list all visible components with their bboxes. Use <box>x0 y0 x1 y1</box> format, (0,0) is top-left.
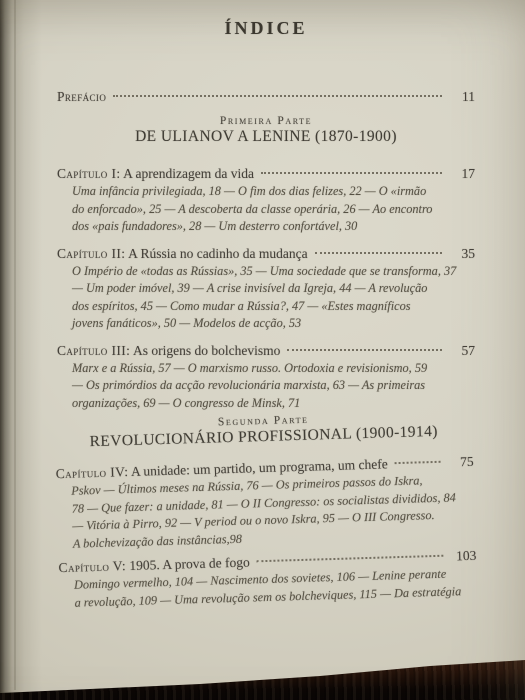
toc-title: ÍNDICE <box>57 18 475 39</box>
dot-leader <box>113 95 442 97</box>
page-number: 11 <box>449 88 475 106</box>
page-number: 35 <box>449 245 475 263</box>
chapter-2-title: A Rússia no cadinho da mudança <box>128 246 308 261</box>
book-photo: ÍNDICE Prefácio 11 Primeira Parte DE ULI… <box>0 0 525 700</box>
chapter-4-subentries: Pskov — Últimos meses na Rússia, 76 — Os… <box>71 471 476 553</box>
chapter-1-heading: Capítulo I: A aprendizagem da vida <box>57 165 254 183</box>
chapter-2-entry: Capítulo II: A Rússia no cadinho da muda… <box>57 245 475 263</box>
page-crease-line <box>14 0 16 690</box>
subentry-line: — Os primórdios da acção revolucionária … <box>72 377 475 395</box>
page-number: 17 <box>449 165 475 183</box>
dot-leader <box>315 252 442 254</box>
chapter-3-entry: Capítulo III: As origens do bolchevismo … <box>57 342 475 360</box>
subentry-line: jovens fanáticos», 50 — Modelos de acção… <box>72 315 475 333</box>
dot-leader <box>257 555 444 563</box>
chapter-1-label: Capítulo I: <box>57 166 121 181</box>
subentry-line: organizações, 69 — O congresso de Minsk,… <box>72 395 475 413</box>
part2-heading: Segunda Parte REVOLUCIONÁRIO PROFISSIONA… <box>54 409 473 452</box>
toc-section-part1: Primeira Parte DE ULIANOV A LENINE (1870… <box>57 115 475 412</box>
subentry-line: Uma infância privilegiada, 18 — O fim do… <box>72 183 475 201</box>
subentry-line: dos «pais fundadores», 28 — Um desterro … <box>72 218 475 236</box>
chapter-3-subentries: Marx e a Rússia, 57 — O marxismo russo. … <box>72 360 475 413</box>
part1-kicker: Primeira Parte <box>57 115 475 128</box>
subentry-line: Marx e a Rússia, 57 — O marxismo russo. … <box>72 360 475 378</box>
preface-label: Prefácio <box>57 88 106 106</box>
subentry-line: dos espíritos, 45 — Como mudar a Rússia?… <box>72 298 475 316</box>
subentry-line: — Um poder imóvel, 39 — A crise invisíve… <box>72 280 475 298</box>
table-of-contents: ÍNDICE Prefácio 11 Primeira Parte DE ULI… <box>57 18 475 611</box>
chapter-3-heading: Capítulo III: As origens do bolchevismo <box>57 342 280 360</box>
chapter-3-title: As origens do bolchevismo <box>133 343 280 358</box>
book-page: ÍNDICE Prefácio 11 Primeira Parte DE ULI… <box>0 0 525 700</box>
toc-section-part2: Segunda Parte REVOLUCIONÁRIO PROFISSIONA… <box>54 409 477 612</box>
dot-leader <box>287 349 442 351</box>
part1-heading: Primeira Parte DE ULIANOV A LENINE (1870… <box>57 115 475 146</box>
chapter-5-label: Capítulo V: <box>58 558 126 575</box>
subentry-line: do enforcado», 25 — A descoberta da clas… <box>72 201 475 219</box>
preface-entry: Prefácio 11 <box>57 88 475 106</box>
binding-shadow <box>0 0 42 700</box>
chapter-2-subentries: O Império de «todas as Rússias», 35 — Um… <box>72 263 475 333</box>
part1-title: DE ULIANOV A LENINE (1870-1900) <box>57 128 475 146</box>
page-number: 57 <box>449 342 475 360</box>
page-number: 103 <box>450 547 477 566</box>
chapter-2-label: Capítulo II: <box>57 246 125 261</box>
page-number: 75 <box>447 453 474 472</box>
chapter-3-label: Capítulo III: <box>57 343 130 358</box>
chapter-2-heading: Capítulo II: A Rússia no cadinho da muda… <box>57 245 308 263</box>
chapter-1-subentries: Uma infância privilegiada, 18 — O fim do… <box>72 183 475 236</box>
subentry-line: O Império de «todas as Rússias», 35 — Um… <box>72 263 475 281</box>
dot-leader <box>395 461 441 464</box>
chapter-5-title: 1905. A prova de fogo <box>129 554 250 573</box>
dot-leader <box>261 172 442 174</box>
chapter-1-entry: Capítulo I: A aprendizagem da vida 17 <box>57 165 475 183</box>
chapter-1-title: A aprendizagem da vida <box>123 166 254 181</box>
chapter-4-label: Capítulo IV: <box>56 464 129 481</box>
